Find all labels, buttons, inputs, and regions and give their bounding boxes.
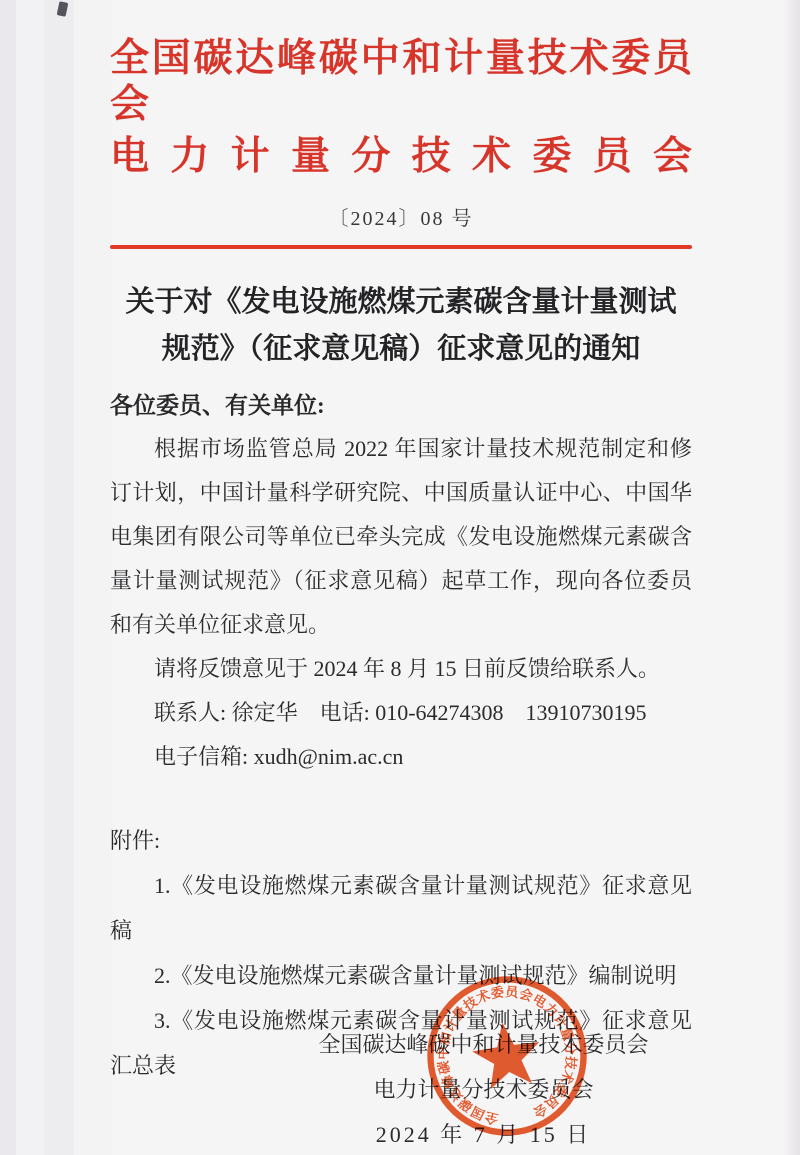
notice-title-line2: 规范》（征求意见稿）征求意见的通知: [110, 326, 692, 373]
signature-block: 全国碳达峰碳中和计量技术委员会 电力计量分技术委员会 2024 年 7 月 15…: [276, 1022, 691, 1155]
issuing-org-line2: 电力计量分技术委员会: [110, 134, 692, 180]
attachments-label: 附件:: [110, 819, 692, 863]
attachment-item-2: 2.《发电设施燃煤元素碳含量计量测试规范》编制说明: [110, 953, 692, 998]
body-paragraph-deadline: 请将反馈意见于 2024 年 8 月 15 日前反馈给联系人。: [110, 647, 692, 691]
document-number: 〔2024〕08 号: [110, 206, 692, 232]
document-content: 全国碳达峰碳中和计量技术委员会 电力计量分技术委员会 〔2024〕08 号 关于…: [110, 0, 692, 1088]
signature-org-line1: 全国碳达峰碳中和计量技术委员会: [276, 1022, 691, 1067]
red-divider-rule: [110, 245, 692, 249]
signature-org-line2: 电力计量分技术委员会: [276, 1067, 691, 1112]
scanned-notice-page: 全国碳达峰碳中和计量技术委员会 电力计量分技术委员会 〔2024〕08 号 关于…: [0, 0, 800, 1155]
notice-title-line1: 关于对《发电设施燃煤元素碳含量计量测试: [110, 279, 692, 326]
signature-date: 2024 年 7 月 15 日: [276, 1112, 691, 1155]
attachment-item-1: 1.《发电设施燃煤元素碳含量计量测试规范》征求意见稿: [110, 863, 692, 953]
scan-artifact-speck: [57, 1, 69, 17]
body-paragraph-main: 根据市场监管总局 2022 年国家计量技术规范制定和修订计划，中国计量科学研究院…: [110, 427, 692, 647]
issuing-org-line1: 全国碳达峰碳中和计量技术委员会: [110, 36, 692, 128]
email-line: 电子信箱: xudh@nim.ac.cn: [110, 735, 692, 779]
notice-title: 关于对《发电设施燃煤元素碳含量计量测试 规范》（征求意见稿）征求意见的通知: [110, 279, 692, 373]
contact-line: 联系人: 徐定华 电话: 010-64274308 13910730195: [110, 691, 692, 735]
salutation: 各位委员、有关单位:: [110, 391, 692, 421]
